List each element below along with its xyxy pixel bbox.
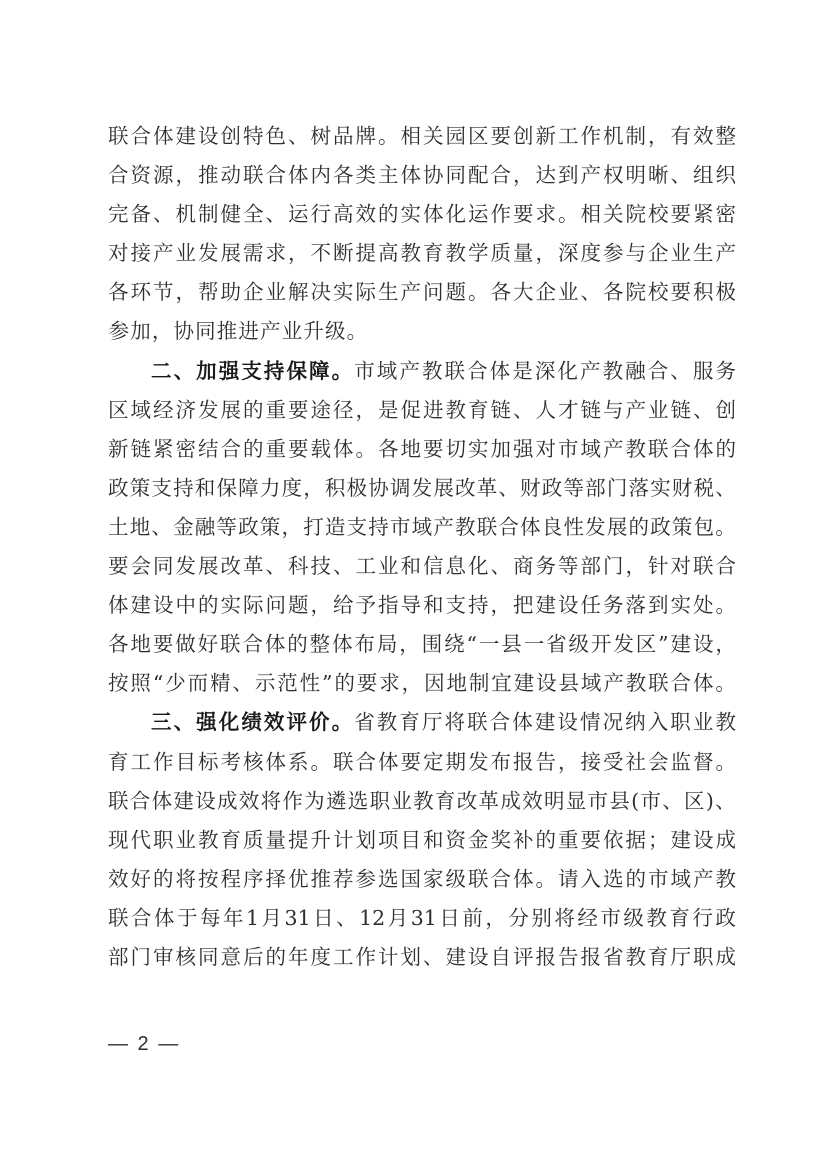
section-heading-char: 。 xyxy=(332,352,353,391)
text-line-with-heading: 二、加强支持保障。市域产教联合体是深化产教融合、服务 xyxy=(108,352,736,391)
text-line: 参加，协同推进产业升级。 xyxy=(108,312,736,351)
section-heading-char: 保 xyxy=(286,352,307,391)
text-line: 联合体建设创特色、树品牌。相关园区要创新工作机制，有效整 xyxy=(108,117,736,156)
paragraph-support-guarantee: 二、加强支持保障。市域产教联合体是深化产教融合、服务 区域经济发展的重要途径，是… xyxy=(108,352,736,704)
section-heading-char: 价 xyxy=(309,703,330,742)
text-line: 完备、机制健全、运行高效的实体化运作要求。相关院校要紧密 xyxy=(108,195,736,234)
text-line: 土地、金融等政策，打造支持市域产教联合体良性发展的政策包。 xyxy=(108,508,736,547)
section-heading-char: 强 xyxy=(196,703,217,742)
text-line: 政策支持和保障力度，积极协调发展改革、财政等部门落实财税、 xyxy=(108,469,736,508)
text-line: 新链紧密结合的重要载体。各地要切实加强对市域产教联合体的 xyxy=(108,430,736,469)
section-heading-char: 支 xyxy=(241,352,262,391)
section-heading-char: 持 xyxy=(264,352,285,391)
text-line: 按照“少而精、示范性”的要求，因地制宜建设县域产教联合体。 xyxy=(108,664,736,703)
document-body: 联合体建设创特色、树品牌。相关园区要创新工作机制，有效整 合资源，推动联合体内各… xyxy=(108,117,736,977)
section-heading-char: 效 xyxy=(264,703,285,742)
text-line: 合资源，推动联合体内各类主体协同配合，达到产权明晰、组织 xyxy=(108,156,736,195)
paragraph-continued: 联合体建设创特色、树品牌。相关园区要创新工作机制，有效整 合资源，推动联合体内各… xyxy=(108,117,736,352)
section-heading-char: 障 xyxy=(309,352,330,391)
text-line: 体建设中的实际问题，给予指导和支持，把建设任务落到实处。 xyxy=(108,586,736,625)
section-heading-char: 、 xyxy=(174,703,195,742)
text-line: 要会同发展改革、科技、工业和信息化、商务等部门，针对联合 xyxy=(108,547,736,586)
text-line-with-heading: 三、强化绩效评价。省教育厅将联合体建设情况纳入职业教 xyxy=(108,703,736,742)
text-line: 育工作目标考核体系。联合体要定期发布报告，接受社会监督。 xyxy=(108,743,736,782)
text-line: 效好的将按程序择优推荐参选国家级联合体。请入选的市域产教 xyxy=(108,860,736,899)
section-heading-char: 绩 xyxy=(241,703,262,742)
text-line: 现代职业教育质量提升计划项目和资金奖补的重要依据；建设成 xyxy=(108,821,736,860)
section-heading-char: 化 xyxy=(219,703,240,742)
text-line: 联合体建设成效将作为遴选职业教育改革成效明显市县(市、区)、 xyxy=(108,782,736,821)
text-line: 区域经济发展的重要途径，是促进教育链、人才链与产业链、创 xyxy=(108,391,736,430)
text-line: 部门审核同意后的年度工作计划、建设自评报告报省教育厅职成 xyxy=(108,938,736,977)
text-line: 联合体于每年1月31日、12月31日前，分别将经市级教育行政 xyxy=(108,899,736,938)
text-line: 对接产业发展需求，不断提高教育教学质量，深度参与企业生产 xyxy=(108,234,736,273)
section-heading-char: 评 xyxy=(286,703,307,742)
section-heading-char: 、 xyxy=(174,352,195,391)
section-heading-char: 加 xyxy=(196,352,217,391)
page-number: — 2 — xyxy=(108,1033,180,1056)
section-heading-char: 。 xyxy=(332,703,353,742)
section-heading-char: 二 xyxy=(151,352,172,391)
section-heading-char: 强 xyxy=(219,352,240,391)
section-heading-char: 三 xyxy=(151,703,172,742)
text-line: 各地要做好联合体的整体布局，围绕“一县一省级开发区”建设， xyxy=(108,625,736,664)
text-line: 各环节，帮助企业解决实际生产问题。各大企业、各院校要积极 xyxy=(108,273,736,312)
paragraph-performance-evaluation: 三、强化绩效评价。省教育厅将联合体建设情况纳入职业教 育工作目标考核体系。联合体… xyxy=(108,703,736,977)
